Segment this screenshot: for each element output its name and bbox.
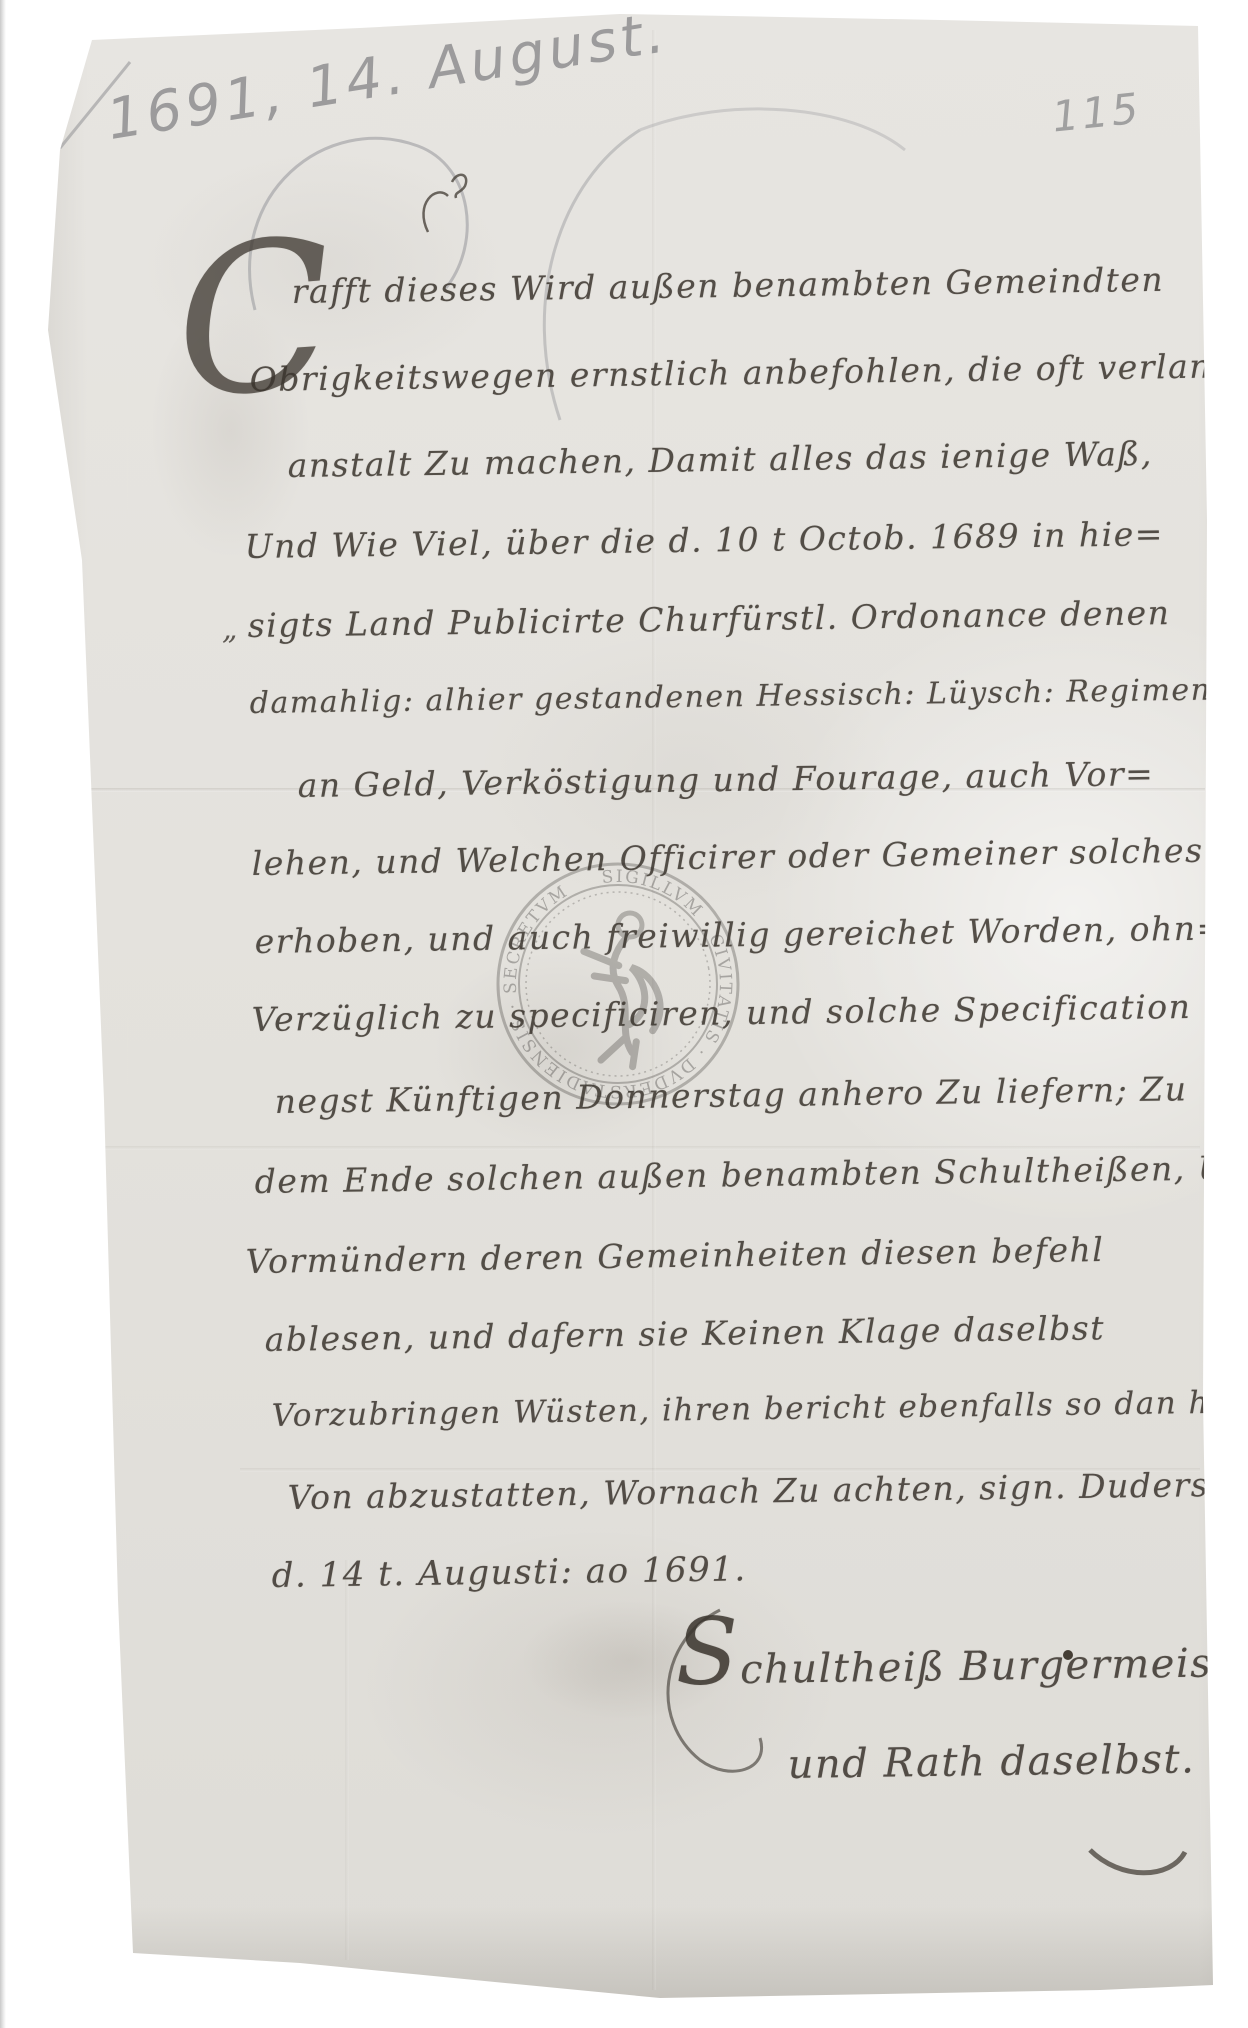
signature-line: Schultheiß Burgermeister: [675, 1640, 1248, 1694]
signature-line: und Rath daselbst.: [787, 1736, 1195, 1788]
manuscript-page: 1691, 14. August. 115 SIGILLVM · CIVITAT…: [0, 0, 1248, 2028]
manuscript-line: damahlig: alhier gestandenen Hessisch: L…: [250, 672, 1248, 721]
manuscript-line: negst Künftigen Donnerstag anhero Zu lie…: [274, 1069, 1187, 1121]
manuscript-line: dem Ende solchen außen benambten Schulth…: [254, 1148, 1248, 1201]
manuscript-line: ablesen, und dafern sie Keinen Klage das…: [264, 1308, 1105, 1359]
manuscript-line: rafft dieses Wird außen benambten Gemein…: [291, 260, 1164, 311]
ink-speck: [1063, 1650, 1073, 1660]
scan-edge-artifact: [0, 0, 6, 2028]
manuscript-line: Und Wie Viel, über die d. 10 t Octob. 16…: [244, 514, 1164, 566]
fold-crease-vertical: [345, 1560, 349, 1960]
manuscript-line: Vormündern deren Gemeinheiten diesen bef…: [245, 1230, 1104, 1281]
page-number-annotation: 115: [1050, 83, 1144, 141]
manuscript-dateline: d. 14 t. Augusti: ao 1691.: [271, 1549, 746, 1596]
margin-insertion-mark: „: [222, 612, 238, 647]
manuscript-line: Von abzustatten, Wornach Zu achten, sign…: [287, 1464, 1248, 1517]
manuscript-line: an Geld, Verköstigung und Fourage, auch …: [297, 754, 1154, 805]
scan-background: 1691, 14. August. 115 SIGILLVM · CIVITAT…: [0, 0, 1248, 2028]
manuscript-line: sigts Land Publicirte Churfürstl. Ordona…: [247, 593, 1170, 645]
manuscript-line: lehen, und Welchen Officirer oder Gemein…: [251, 831, 1203, 883]
fold-crease-horizontal: [70, 1146, 1200, 1150]
manuscript-line: Obrigkeitswegen ernstlich anbefohlen, di…: [249, 346, 1248, 399]
archival-date-annotation: 1691, 14. August.: [102, 0, 672, 153]
manuscript-line: erhoben, und auch freiwillig gereichet W…: [254, 908, 1225, 961]
manuscript-line: Verzüglich zu specificiren, und solche S…: [251, 987, 1191, 1039]
manuscript-line: Vorzubringen Wüsten, ihren bericht ebenf…: [271, 1384, 1248, 1434]
manuscript-line: anstalt Zu machen, Damit alles das ienig…: [287, 434, 1153, 485]
